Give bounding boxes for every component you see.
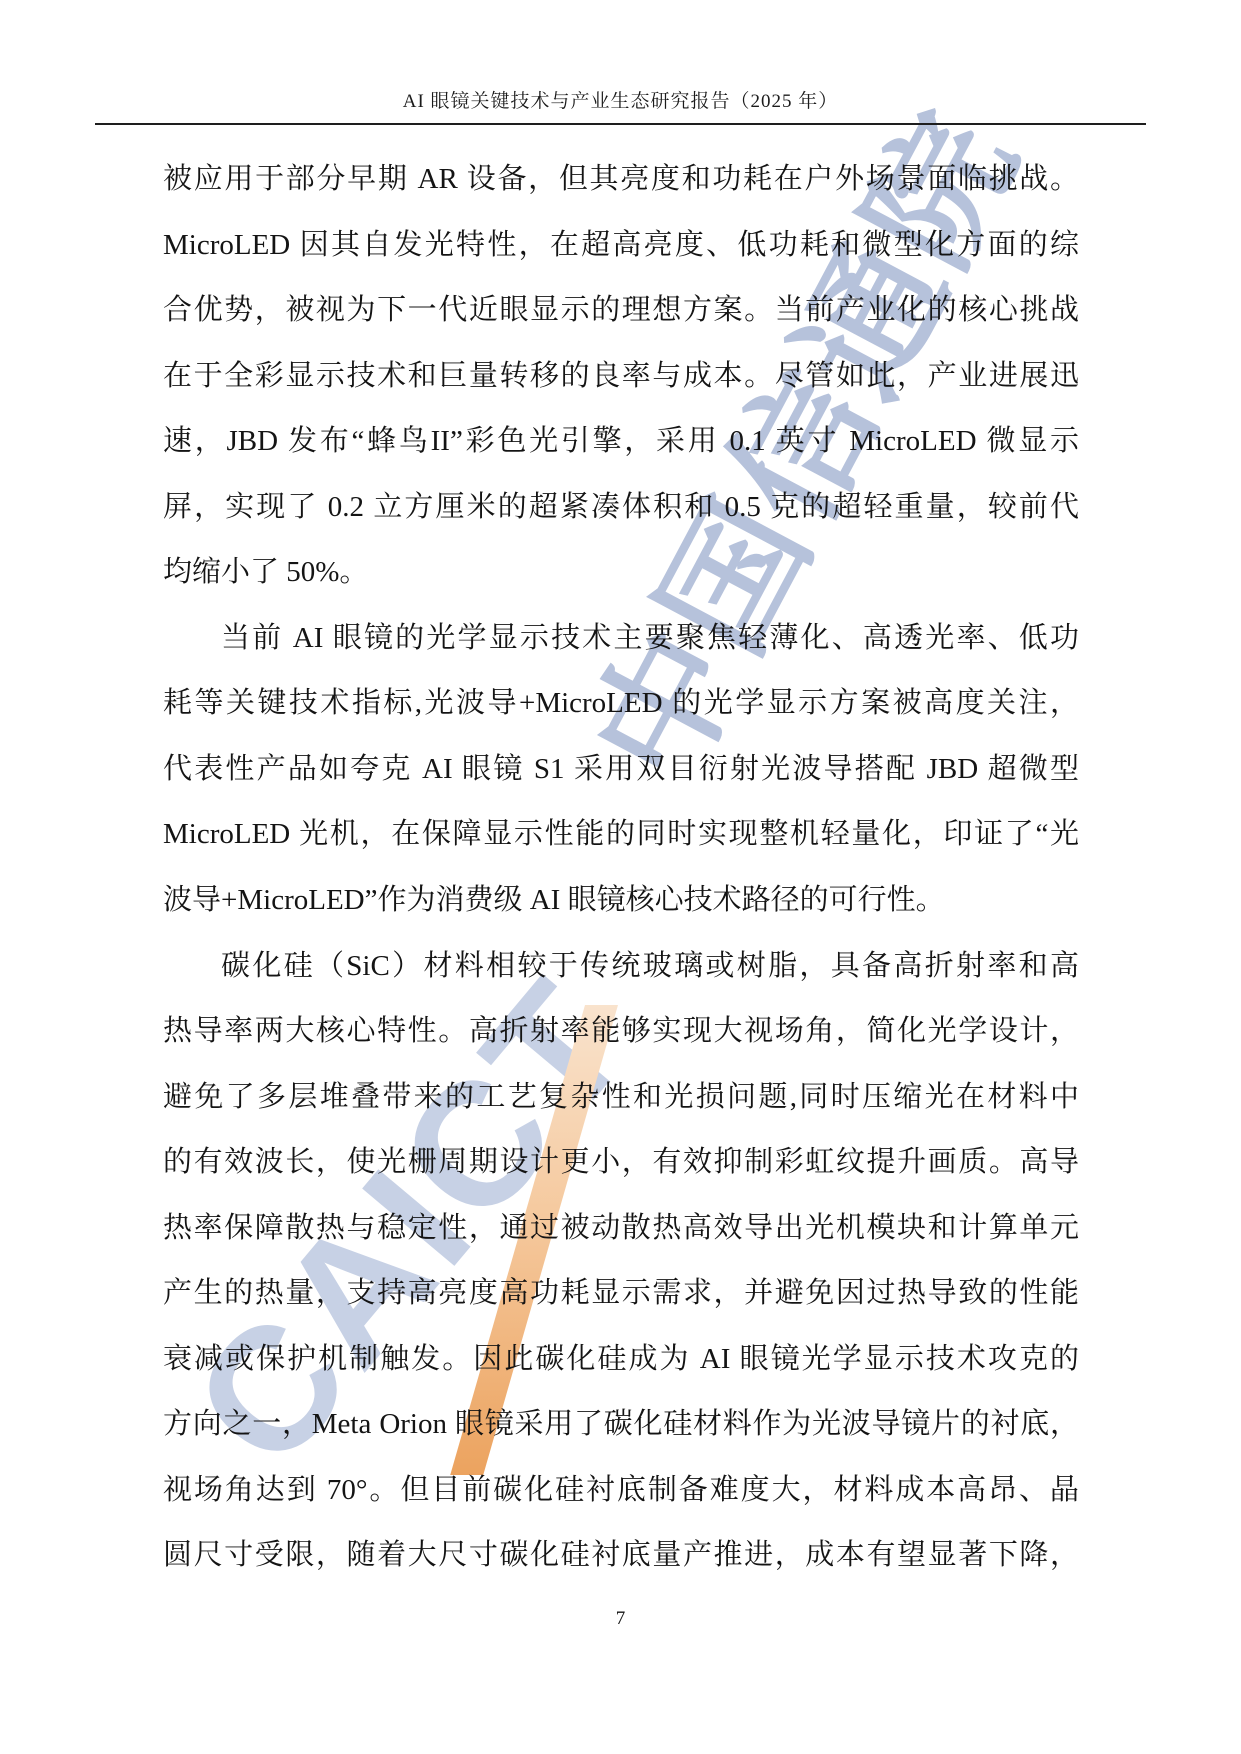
body-line: 速，JBD 发布“蜂鸟II”彩色光引擎，采用 0.1 英寸 MicroLED 微… bbox=[163, 409, 1079, 475]
body-line: 均缩小了 50%。 bbox=[163, 540, 1079, 606]
body-line: 避免了多层堆叠带来的工艺复杂性和光损问题,同时压缩光在材料中 bbox=[163, 1065, 1079, 1131]
body-line: 的有效波长，使光栅周期设计更小，有效抑制彩虹纹提升画质。高导 bbox=[163, 1130, 1079, 1196]
body-line: 衰减或保护机制触发。因此碳化硅成为 AI 眼镜光学显示技术攻克的 bbox=[163, 1327, 1079, 1393]
body-line: 产生的热量，支持高亮度高功耗显示需求，并避免因过热导致的性能 bbox=[163, 1261, 1079, 1327]
body-line: 圆尺寸受限，随着大尺寸碳化硅衬底量产推进，成本有望显著下降， bbox=[163, 1523, 1079, 1589]
body-line: 被应用于部分早期 AR 设备，但其亮度和功耗在户外场景面临挑战。 bbox=[163, 147, 1079, 213]
body-line: 碳化硅（SiC）材料相较于传统玻璃或树脂，具备高折射率和高 bbox=[163, 934, 1079, 1000]
body-line: 代表性产品如夸克 AI 眼镜 S1 采用双目衍射光波导搭配 JBD 超微型 bbox=[163, 737, 1079, 803]
page-number: 7 bbox=[0, 1608, 1241, 1630]
body-line: 波导+MicroLED”作为消费级 AI 眼镜核心技术路径的可行性。 bbox=[163, 868, 1079, 934]
body-line: MicroLED 光机，在保障显示性能的同时实现整机轻量化，印证了“光 bbox=[163, 802, 1079, 868]
body-line: 当前 AI 眼镜的光学显示技术主要聚焦轻薄化、高透光率、低功 bbox=[163, 606, 1079, 672]
body-line: 方向之一，Meta Orion 眼镜采用了碳化硅材料作为光波导镜片的衬底， bbox=[163, 1392, 1079, 1458]
body-text: 被应用于部分早期 AR 设备，但其亮度和功耗在户外场景面临挑战。 MicroLE… bbox=[163, 147, 1079, 1589]
header-rule bbox=[95, 123, 1146, 125]
body-line: 屏，实现了 0.2 立方厘米的超紧凑体积和 0.5 克的超轻重量，较前代 bbox=[163, 475, 1079, 541]
report-header-title: AI 眼镜关键技术与产业生态研究报告（2025 年） bbox=[0, 86, 1241, 113]
body-line: 热导率两大核心特性。高折射率能够实现大视场角，简化光学设计， bbox=[163, 999, 1079, 1065]
body-line: 在于全彩显示技术和巨量转移的良率与成本。尽管如此，产业进展迅 bbox=[163, 344, 1079, 410]
body-line: MicroLED 因其自发光特性，在超高亮度、低功耗和微型化方面的综 bbox=[163, 213, 1079, 279]
document-page: CAICT 中国信通院 AI 眼镜关键技术与产业生态研究报告（2025 年） 被… bbox=[0, 0, 1241, 1754]
body-line: 耗等关键技术指标,光波导+MicroLED 的光学显示方案被高度关注， bbox=[163, 671, 1079, 737]
body-line: 合优势，被视为下一代近眼显示的理想方案。当前产业化的核心挑战 bbox=[163, 278, 1079, 344]
body-line: 热率保障散热与稳定性，通过被动散热高效导出光机模块和计算单元 bbox=[163, 1196, 1079, 1262]
body-line: 视场角达到 70°。但目前碳化硅衬底制备难度大，材料成本高昂、晶 bbox=[163, 1458, 1079, 1524]
